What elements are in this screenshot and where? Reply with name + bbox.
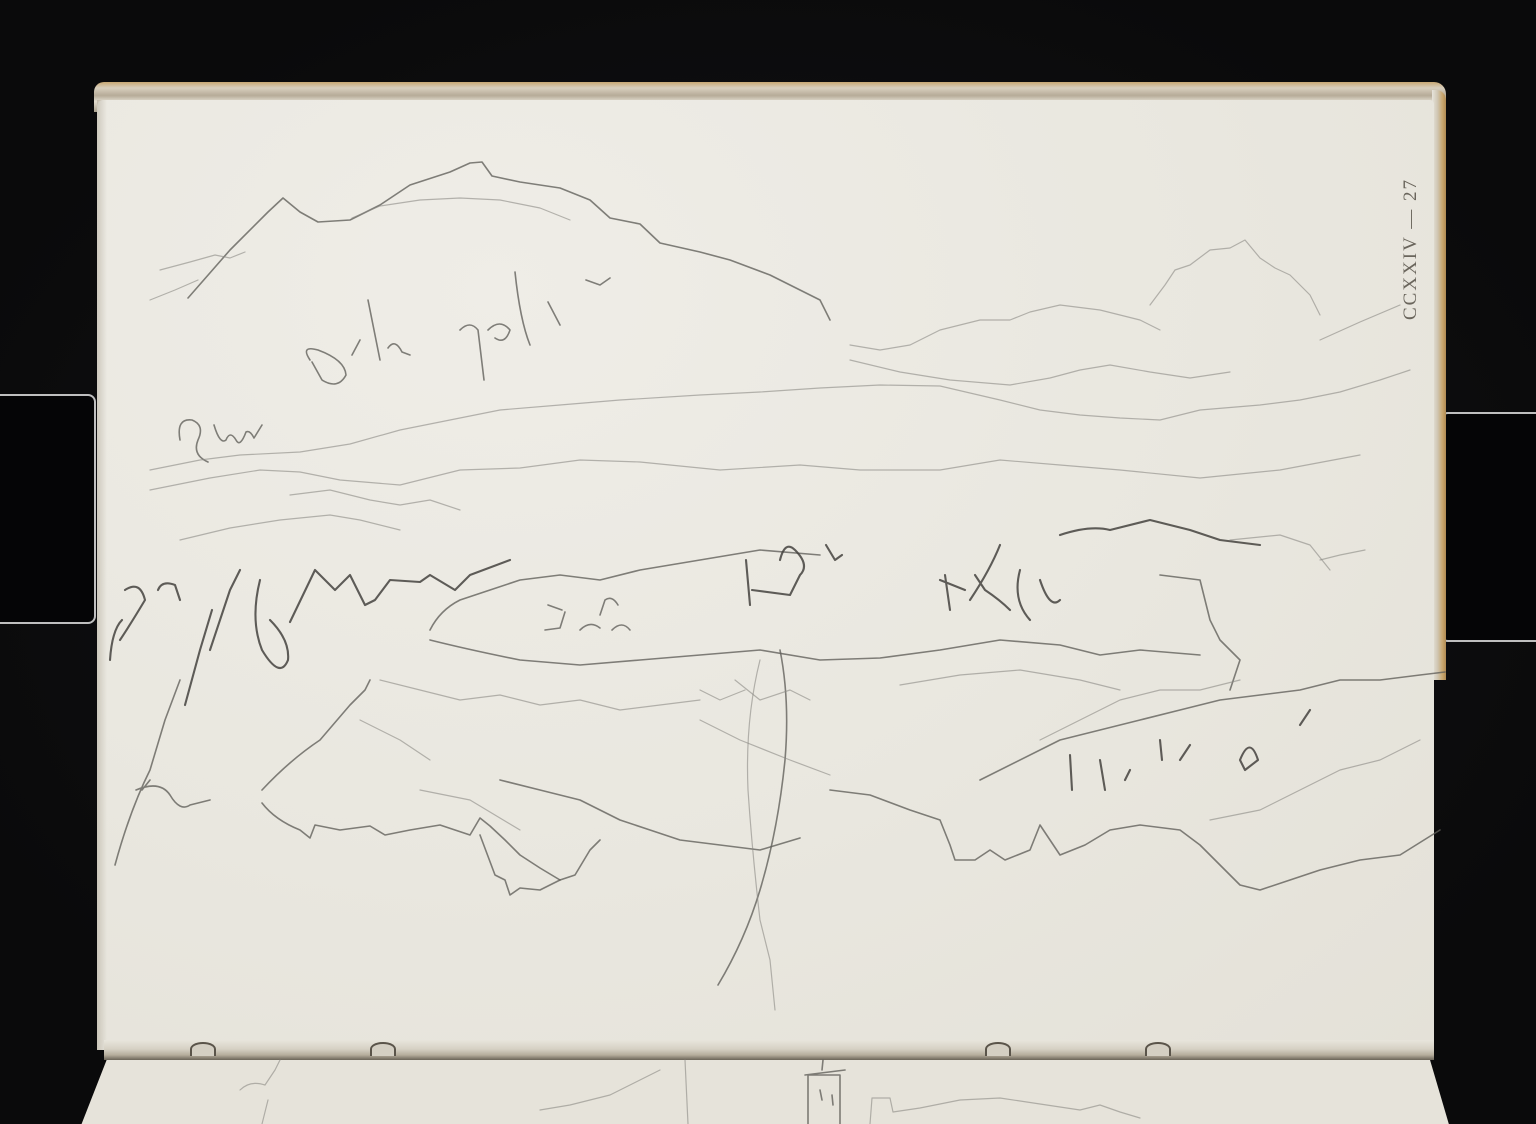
catalog-number: CCXXIV — 27 [1400, 178, 1422, 320]
binding-stitch [190, 1042, 216, 1056]
page-stack-right-edge [1432, 90, 1446, 680]
binding-stitch [370, 1042, 396, 1056]
page-fold [104, 1040, 1434, 1060]
binding-stitch [1145, 1042, 1171, 1056]
sketchbook-page [97, 100, 1434, 1050]
lower-facing-page [80, 1058, 1450, 1124]
left-clip-wire [0, 394, 96, 624]
page-gutter-shadow [97, 100, 107, 1050]
binding-stitch [985, 1042, 1011, 1056]
right-clip-wire [1440, 412, 1536, 642]
